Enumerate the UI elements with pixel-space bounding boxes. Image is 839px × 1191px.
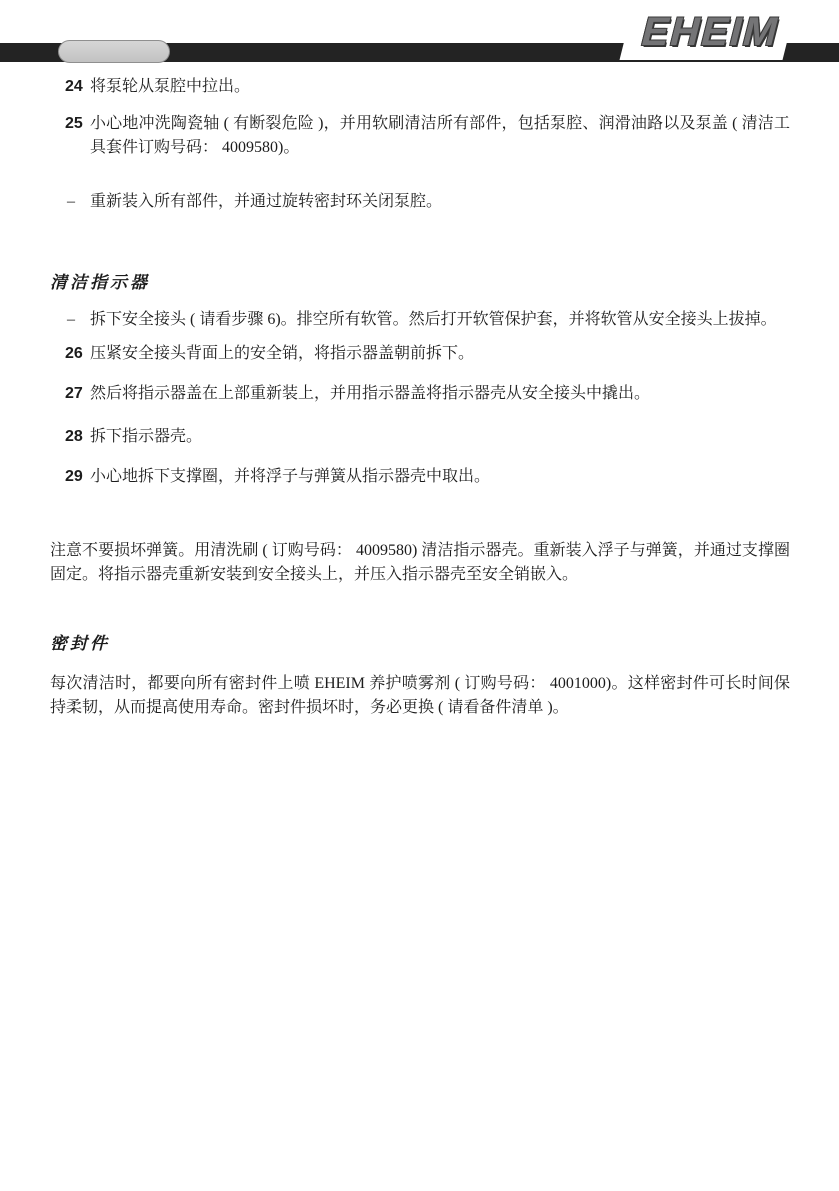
- step-number: 26: [50, 342, 90, 366]
- step-item-25: 25 小心地冲洗陶瓷轴 ( 有断裂危险 )，并用软刷清洁所有部件，包括泵腔、润滑…: [50, 112, 790, 160]
- step-item-26: 26 压紧安全接头背面上的安全销，将指示器盖朝前拆下。: [50, 342, 790, 366]
- step-text: 小心地拆下支撑圈，并将浮子与弹簧从指示器壳中取出。: [90, 465, 790, 489]
- step-text: 将泵轮从泵腔中拉出。: [90, 75, 790, 99]
- header-pill: [58, 40, 170, 63]
- section-title-seals: 密封件: [50, 632, 790, 656]
- step-text: 然后将指示器盖在上部重新装上，并用指示器盖将指示器壳从安全接头中撬出。: [90, 382, 790, 406]
- dash-item: – 拆下安全接头 ( 请看步骤 6)。排空所有软管。然后打开软管保护套，并将软管…: [50, 308, 790, 332]
- step-text: 小心地冲洗陶瓷轴 ( 有断裂危险 )，并用软刷清洁所有部件，包括泵腔、润滑油路以…: [90, 112, 790, 160]
- step-text: 压紧安全接头背面上的安全销，将指示器盖朝前拆下。: [90, 342, 790, 366]
- dash-text: 重新装入所有部件，并通过旋转密封环关闭泵腔。: [90, 190, 790, 214]
- section-title-indicator: 清洁指示器: [50, 271, 790, 295]
- dash-text: 拆下安全接头 ( 请看步骤 6)。排空所有软管。然后打开软管保护套，并将软管从安…: [90, 308, 790, 332]
- dash-marker: –: [50, 190, 90, 214]
- step-number: 25: [50, 112, 90, 136]
- document-content: 24 将泵轮从泵腔中拉出。 25 小心地冲洗陶瓷轴 ( 有断裂危险 )，并用软刷…: [0, 0, 839, 720]
- seals-paragraph: 每次清洁时，都要向所有密封件上喷 EHEIM 养护喷雾剂 ( 订购号码： 400…: [50, 672, 790, 720]
- dash-marker: –: [50, 308, 90, 332]
- step-item-27: 27 然后将指示器盖在上部重新装上，并用指示器盖将指示器壳从安全接头中撬出。: [50, 382, 790, 406]
- indicator-note-paragraph: 注意不要损坏弹簧。用清洗刷 ( 订购号码： 4009580) 清洁指示器壳。重新…: [50, 539, 790, 587]
- step-number: 27: [50, 382, 90, 406]
- step-number: 28: [50, 425, 90, 449]
- eheim-logo: EHEIM: [620, 8, 796, 60]
- step-item-28: 28 拆下指示器壳。: [50, 425, 790, 449]
- step-item-24: 24 将泵轮从泵腔中拉出。: [50, 75, 790, 99]
- step-item-29: 29 小心地拆下支撑圈，并将浮子与弹簧从指示器壳中取出。: [50, 465, 790, 489]
- dash-item: – 重新装入所有部件，并通过旋转密封环关闭泵腔。: [50, 190, 790, 214]
- eheim-logo-text: EHEIM: [638, 12, 785, 52]
- step-text: 拆下指示器壳。: [90, 425, 790, 449]
- step-number: 24: [50, 75, 90, 99]
- step-number: 29: [50, 465, 90, 489]
